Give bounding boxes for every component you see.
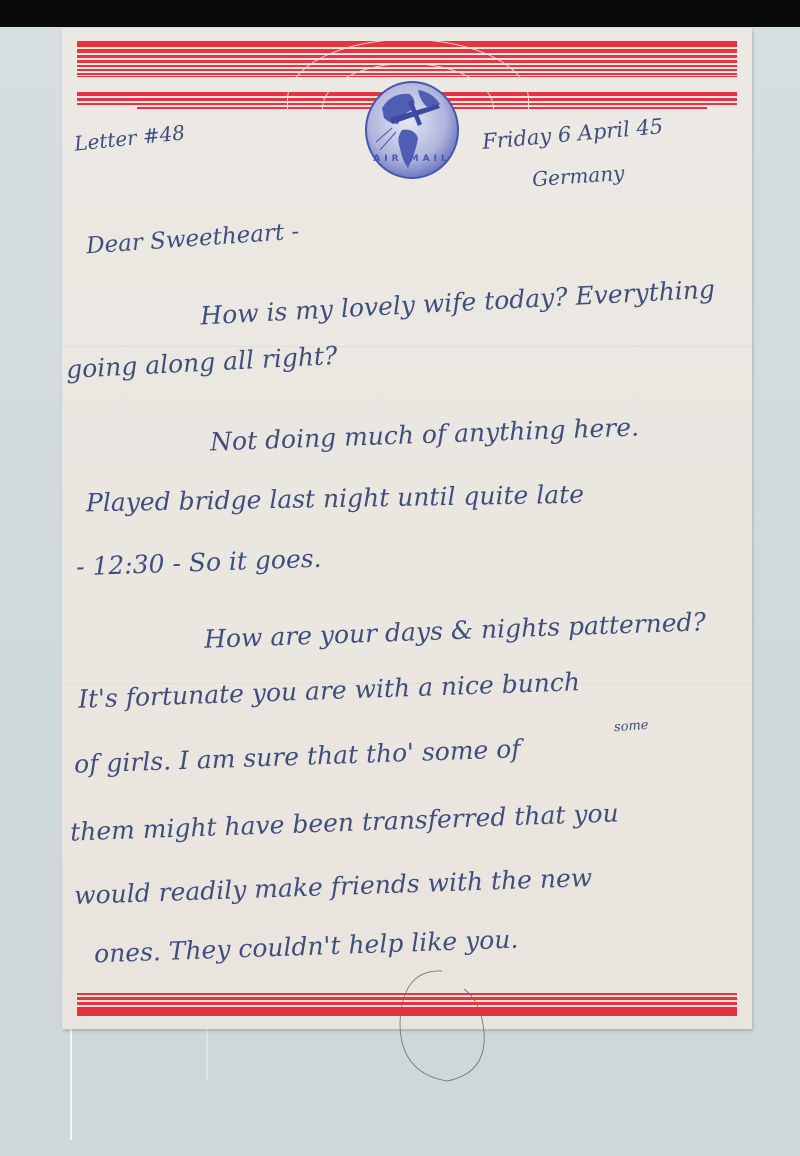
- body-line: How are your days & nights patterned?: [204, 609, 707, 652]
- letter-number: Letter #48: [73, 122, 186, 154]
- body-line: would readily make friends with the new: [74, 865, 593, 908]
- body-line: them might have been transferred that yo…: [70, 800, 619, 844]
- fold-crease: [62, 346, 752, 347]
- body-line: How is my lovely wife today? Everything: [200, 277, 716, 329]
- salutation: Dear Sweetheart -: [85, 221, 300, 259]
- airmail-label: AIR MAIL: [352, 154, 472, 164]
- body-line: Played bridge last night until quite lat…: [86, 482, 584, 516]
- insertion-above: some: [614, 719, 649, 734]
- airmail-globe-icon: [362, 80, 462, 180]
- body-line: ones. They couldn't help like you.: [94, 927, 519, 967]
- pencil-loop-mark: [392, 963, 492, 1093]
- body-line: of girls. I am sure that tho' some of: [74, 736, 521, 777]
- scanner-top-band: [0, 0, 800, 27]
- letter-sheet: AIR MAIL Letter #48 Friday 6 April 45 Ge…: [62, 28, 752, 1029]
- footer-stripes: [77, 993, 737, 1017]
- body-line: going along all right?: [66, 343, 338, 382]
- body-line: - 12:30 - So it goes.: [76, 546, 322, 580]
- letter-location: Germany: [531, 163, 625, 189]
- body-line: Not doing much of anything here.: [210, 415, 640, 455]
- body-line: It's fortunate you are with a nice bunch: [78, 669, 581, 712]
